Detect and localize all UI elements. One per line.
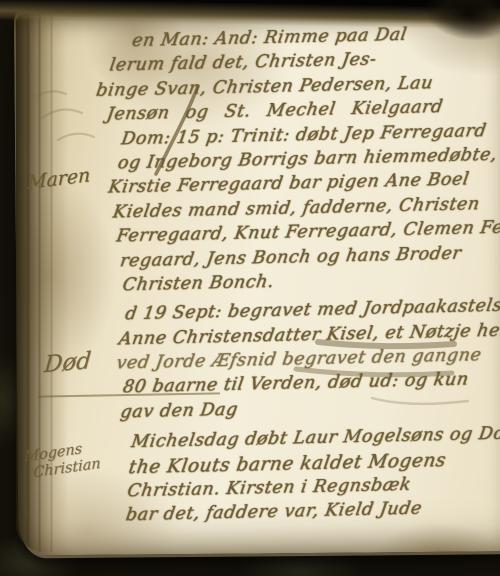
margin-note-dod: Død <box>43 348 92 378</box>
manuscript-photo: en Man: And: Rimme paa Dal lerum fald de… <box>0 0 500 576</box>
manuscript-text-block: en Man: And: Rimme paa Dal lerum fald de… <box>92 22 500 530</box>
